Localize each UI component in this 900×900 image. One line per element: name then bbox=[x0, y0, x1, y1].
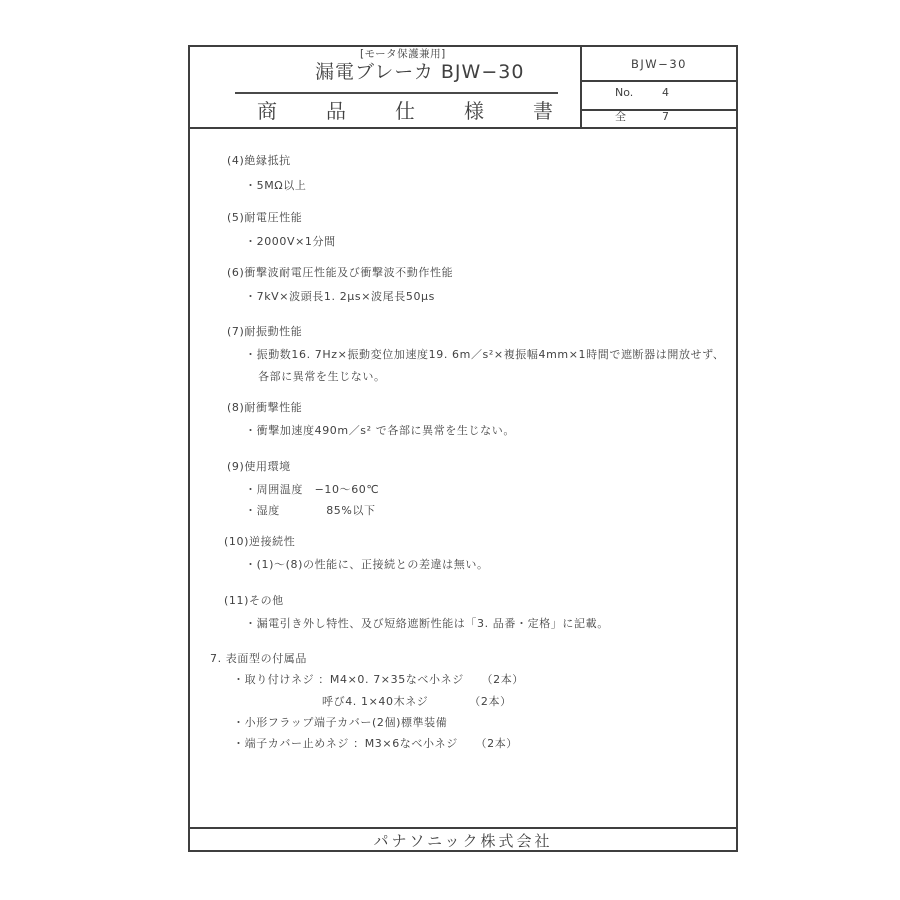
spec-heading-11: (11)その他 bbox=[224, 592, 284, 608]
spec-item: ・端子カバー止めネジ ：M3×6なべ小ネジ （2本） bbox=[233, 735, 518, 751]
spec-item-continuation: 各部に異常を生じない。 bbox=[258, 368, 386, 384]
header-bottom-line bbox=[188, 127, 738, 129]
spec-item: ・振動数16. 7Hz×振動変位加速度19. 6m／s²×複振幅4mm×1時間で… bbox=[245, 346, 724, 362]
model-code: BJW−30 bbox=[580, 58, 738, 72]
spec-item-continuation: 呼び4. 1×40木ネジ （2本） bbox=[322, 693, 512, 709]
spec-item: ・周囲温度 −10～60℃ bbox=[245, 481, 379, 497]
total-pages-label: 全 bbox=[615, 110, 626, 123]
document-title: 商品仕様書 bbox=[257, 99, 602, 123]
company-name: パナソニック株式会社 bbox=[188, 832, 738, 850]
spec-item: ・小形フラップ端子カバー(2個)標準装備 bbox=[233, 714, 447, 730]
title-underline bbox=[235, 92, 558, 94]
spec-heading-9: (9)使用環境 bbox=[227, 458, 291, 474]
product-title: 漏電ブレーカ BJW−30 bbox=[315, 61, 524, 84]
spec-heading-6: (6)衝撃波耐電圧性能及び衝撃波不動作性能 bbox=[227, 264, 453, 280]
spec-heading-5: (5)耐電圧性能 bbox=[227, 209, 302, 225]
spec-heading-7: (7)耐振動性能 bbox=[227, 323, 302, 339]
spec-heading-4: (4)絶縁抵抗 bbox=[227, 152, 291, 168]
spec-item: ・漏電引き外し特性、及び短絡遮断性能は「3. 品番・定格」に記載。 bbox=[245, 615, 609, 631]
model-row-divider bbox=[580, 80, 738, 82]
spec-item: ・湿度 85%以下 bbox=[245, 502, 376, 518]
spec-heading-8: (8)耐衝撃性能 bbox=[227, 399, 302, 415]
spec-item: ・取り付けネジ ：M4×0. 7×35なべ小ネジ （2本） bbox=[233, 671, 524, 687]
section-heading-7: 7. 表面型の付属品 bbox=[210, 650, 307, 666]
total-pages-value: 7 bbox=[662, 110, 669, 123]
spec-item: ・(1)～(8)の性能に、正接続との差違は無い。 bbox=[245, 556, 489, 572]
spec-item: ・衝撃加速度490m／s² で各部に異常を生じない。 bbox=[245, 422, 515, 438]
footer-separator-line bbox=[188, 827, 738, 829]
specification-page: [モータ保護兼用] 漏電ブレーカ BJW−30 商品仕様書 BJW−30 No.… bbox=[0, 0, 900, 900]
spec-item: ・2000V×1分間 bbox=[245, 233, 336, 249]
page-no-value: 4 bbox=[662, 86, 669, 99]
spec-heading-10: (10)逆接続性 bbox=[224, 533, 295, 549]
spec-item: ・5MΩ以上 bbox=[245, 177, 307, 193]
page-no-label: No. bbox=[615, 86, 633, 99]
page-row-divider bbox=[580, 109, 738, 111]
usage-note: [モータ保護兼用] bbox=[360, 48, 446, 61]
spec-item: ・7kV×波頭長1. 2μs×波尾長50μs bbox=[245, 288, 435, 304]
